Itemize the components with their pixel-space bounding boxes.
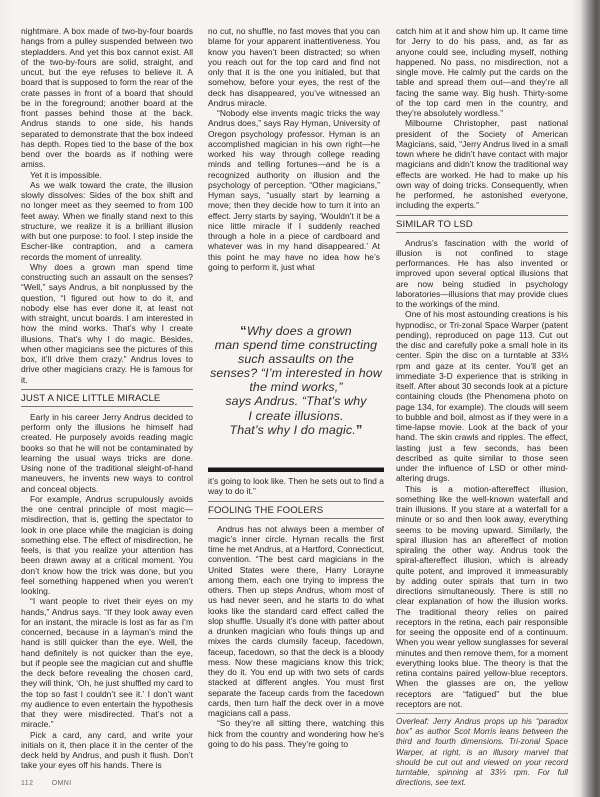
pull-quote-line: man spend time constructing [208,338,384,352]
paragraph: Milbourne Christopher, past national pre… [396,118,568,210]
paragraph: For example, Andrus scrupulously avoids … [21,494,193,597]
paragraph: “Nobody else invents magic tricks the wa… [208,108,380,272]
section-heading: JUST A NICE LITTLE MIRACLE [21,389,193,407]
close-quote-icon: ” [356,422,363,437]
paragraph: Yet it is impossible. [21,170,193,180]
paragraph: Andrus’s fascination with the world of i… [396,238,568,310]
paragraph: Pick a card, any card, and write your in… [21,730,193,771]
paragraph: nightmare. A box made of two-by-four boa… [21,26,193,170]
photo-caption: Overleaf: Jerry Andrus props up his “par… [396,713,568,788]
paragraph: catch him at it and show him up. It came… [396,26,568,118]
paragraph: As we walk toward the crate, the illusio… [21,180,193,262]
pull-quote-line: senses? “I’m interested in how [208,366,384,380]
paragraph: it’s going to look like. Then he sets ou… [208,476,384,497]
section-heading: SIMILAR TO LSD [396,215,568,233]
section-heading: FOOLING THE FOOLERS [208,501,384,519]
article-column-2-continued: it’s going to look like. Then he sets ou… [208,476,384,749]
open-quote-icon: “ [240,323,247,338]
article-column-2: no cut, no shuffle, no fast moves that y… [208,26,380,272]
paragraph: “I want people to rivet their eyes on my… [21,596,193,729]
magazine-page: nightmare. A box made of two-by-four boa… [0,0,600,797]
pull-quote-line: the mind works,” [208,380,384,394]
pull-quote-line: “Why does a grown [208,324,384,338]
page-number: 112 [21,780,33,787]
paragraph: Andrus has not always been a member of m… [208,524,384,719]
divider-rule [208,467,384,472]
paragraph: One of his most astounding creations is … [396,309,568,483]
paragraph: Why does a grown man spend time construc… [21,262,193,385]
article-column-3: catch him at it and show him up. It came… [396,26,568,788]
publication-name: OMNI [52,780,72,787]
pull-quote: “Why does a grown man spend time constru… [208,324,384,437]
paragraph: Early in his career Jerry Andrus decided… [21,412,193,494]
pull-quote-line: says Andrus. “That’s why [208,394,384,408]
pull-quote-line: I create illusions. [208,409,384,423]
pull-quote-line: such assaults on the [208,352,384,366]
pull-quote-line: That’s why I do magic.” [208,423,384,437]
paragraph: “So they’re all sitting there, watching … [208,718,384,749]
paragraph: This is a motion-aftereffect illusion, s… [396,484,568,710]
page-folio: 112 OMNI [21,780,88,787]
paragraph: no cut, no shuffle, no fast moves that y… [208,26,380,108]
article-column-1: nightmare. A box made of two-by-four boa… [21,26,193,771]
